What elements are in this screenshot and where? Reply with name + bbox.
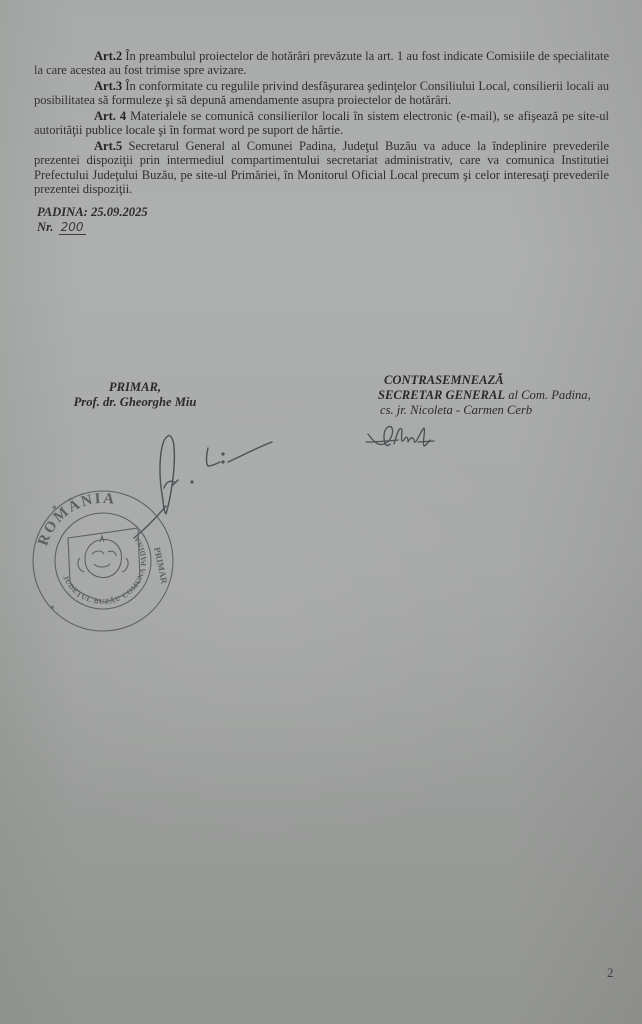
mayor-role: PRIMAR, xyxy=(60,380,210,395)
place-date: PADINA: 25.09.2025 xyxy=(37,205,148,220)
svg-text:*: * xyxy=(50,604,55,614)
mayor-name: Prof. dr. Gheorghe Miu xyxy=(60,395,210,410)
secretary-role-title: SECRETAR GENERAL xyxy=(378,388,505,402)
article-4: Art. 4 Materialele se comunică consilier… xyxy=(34,109,609,138)
secretary-signature-block: CONTRASEMNEAZĂ SECRETAR GENERAL al Com. … xyxy=(378,373,638,418)
stamp-inner-text: JUDEŢUL BUZĂU COMUNA PADINA xyxy=(61,535,148,607)
countersign-label: CONTRASEMNEAZĂ xyxy=(378,373,638,388)
article-3: Art.3 În conformitate cu regulile privin… xyxy=(34,79,609,108)
mayor-signature-block: PRIMAR, Prof. dr. Gheorghe Miu xyxy=(60,380,210,410)
document-number-value: 200 xyxy=(59,220,86,235)
document-page: Art.2 În preambulul proiectelor de hotăr… xyxy=(0,0,642,1024)
article-3-label: Art.3 xyxy=(94,79,122,93)
secretary-role: SECRETAR GENERAL al Com. Padina, xyxy=(378,388,638,403)
page-number: 2 xyxy=(607,965,614,981)
svg-text:*: * xyxy=(52,504,57,514)
article-2: Art.2 În preambulul proiectelor de hotăr… xyxy=(34,49,609,78)
stamp-side-text: PRIMAR xyxy=(152,546,170,585)
official-stamp: ROMÂNIA JUDEŢUL BUZĂU COMUNA PADINA PRIM… xyxy=(30,488,176,634)
place-date-block: PADINA: 25.09.2025 Nr. 200 xyxy=(37,205,148,235)
secretary-handwritten-signature xyxy=(364,420,444,460)
secretary-name: cs. jr. Nicoleta - Carmen Cerb xyxy=(378,403,638,418)
svg-text:JUDEŢUL BUZĂU COMUNA PADINA: JUDEŢUL BUZĂU COMUNA PADINA xyxy=(61,535,148,607)
article-5-label: Art.5 xyxy=(94,139,122,153)
secretary-role-rest: al Com. Padina, xyxy=(505,388,591,402)
document-number-label: Nr. xyxy=(37,220,53,234)
article-2-label: Art.2 xyxy=(94,49,122,63)
article-4-label: Art. 4 xyxy=(94,109,126,123)
article-5: Art.5 Secretarul General al Comunei Padi… xyxy=(34,139,609,197)
document-number: Nr. 200 xyxy=(37,220,148,235)
